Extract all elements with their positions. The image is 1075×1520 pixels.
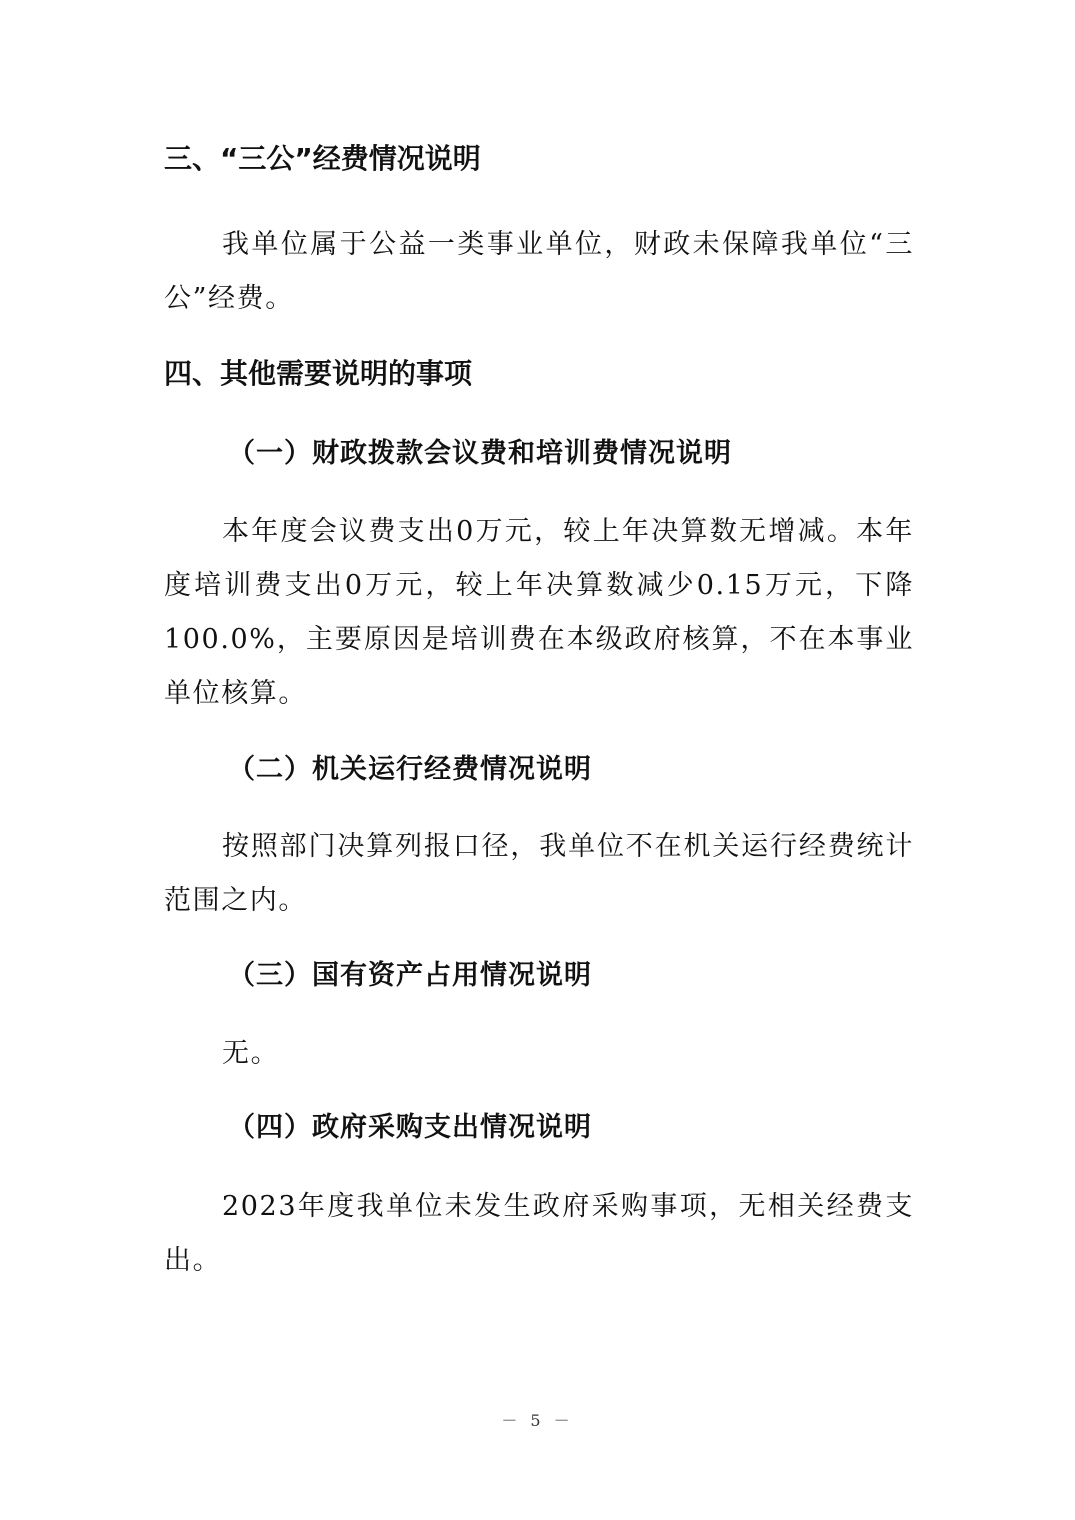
subsection-heading-state-assets: （三）国有资产占用情况说明 <box>228 959 592 993</box>
paragraph-operating-expenses: 按照部门决算列报口径，我单位不在机关运行经费统计范围之内。 <box>164 820 914 928</box>
subsection-heading-meeting-training-fees: （一）财政拨款会议费和培训费情况说明 <box>228 437 732 471</box>
paragraph-meeting-training-fees: 本年度会议费支出0万元，较上年决算数无增减。本年度培训费支出0万元，较上年决算数… <box>164 505 914 721</box>
section-heading-three-public-expenses: 三、“三公”经费情况说明 <box>164 142 481 176</box>
section-heading-other-matters: 四、其他需要说明的事项 <box>164 357 472 391</box>
paragraph-government-procurement: 2023年度我单位未发生政府采购事项，无相关经费支出。 <box>164 1180 914 1288</box>
paragraph-state-assets: 无。 <box>164 1027 914 1081</box>
page-number: － 5 － <box>0 1408 1075 1431</box>
subsection-heading-government-procurement: （四）政府采购支出情况说明 <box>228 1111 592 1145</box>
paragraph-three-public-expenses: 我单位属于公益一类事业单位，财政未保障我单位“三公”经费。 <box>164 218 914 326</box>
subsection-heading-operating-expenses: （二）机关运行经费情况说明 <box>228 753 592 787</box>
